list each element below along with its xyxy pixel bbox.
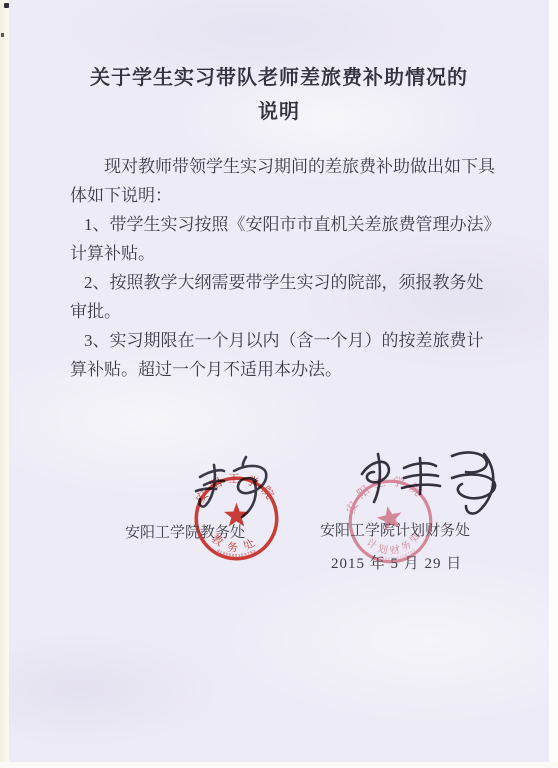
body-line: 体如下说明： — [70, 181, 510, 210]
scan-edge-left — [0, 0, 9, 768]
body-line: 现对教师带领学生实习期间的差旅费补助做出如下具 — [70, 152, 510, 181]
title-line-2: 说明 — [40, 95, 518, 129]
scan-artifact-mark — [1, 33, 4, 37]
issuer-left-name: 安阳工学院教务处 — [125, 521, 245, 542]
scanned-document: 关于学生实习带队老师差旅费补助情况的 说明 现对教师带领学生实习期间的差旅费补助… — [0, 0, 558, 768]
body-line: 3、实习期限在一个月以内（含一个月）的按差旅费计 — [70, 326, 510, 355]
body-line: 1、带学生实习按照《安阳市市直机关差旅费管理办法》 — [70, 210, 510, 239]
issuer-right-name: 安阳工学院计划财务处 — [320, 519, 470, 540]
body-line: 2、按照教学大纲需要带学生实习的院部，须报教务处 — [70, 268, 510, 297]
title-line-1: 关于学生实习带队老师差旅费补助情况的 — [40, 61, 518, 95]
handwritten-signature-left — [190, 451, 282, 531]
issue-date: 2015 年 5 月 29 日 — [331, 552, 462, 573]
body-line: 计算补贴。 — [70, 239, 510, 268]
scan-edge-bottom — [0, 762, 558, 768]
document-title: 关于学生实习带队老师差旅费补助情况的 说明 — [40, 61, 518, 129]
scan-artifact-mark — [4, 3, 9, 8]
body-line: 算补贴。超过一个月不适用本办法。 — [70, 355, 510, 384]
document-body: 现对教师带领学生实习期间的差旅费补助做出如下具 体如下说明： 1、带学生实习按照… — [70, 152, 510, 384]
body-line: 审批。 — [70, 297, 510, 326]
handwritten-signature-right — [348, 444, 524, 528]
scan-edge-right — [549, 0, 558, 768]
